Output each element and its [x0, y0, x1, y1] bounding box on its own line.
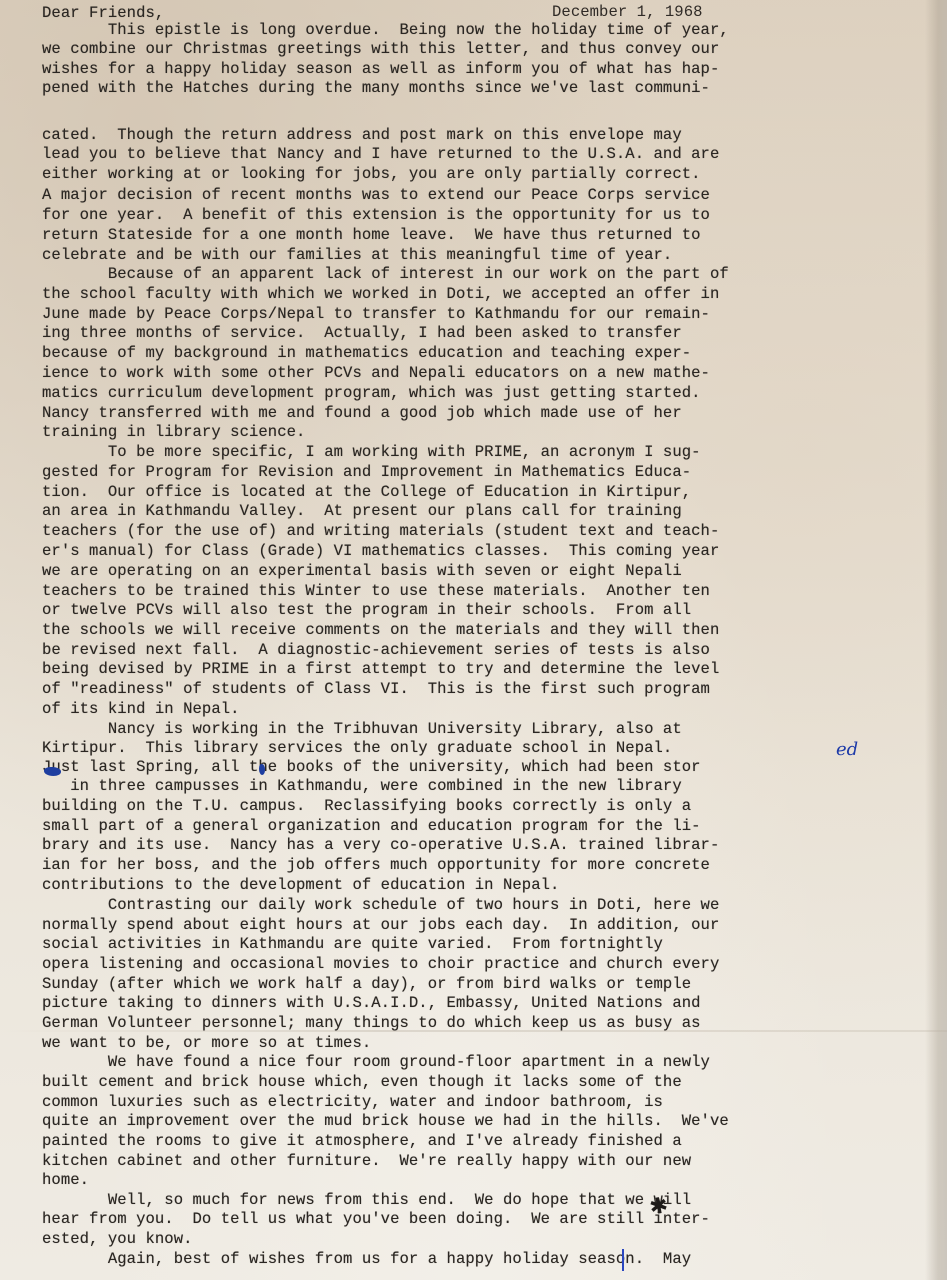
text-line: Kirtipur. This library services the only… [42, 739, 672, 758]
text-line: for one year. A benefit of this extensio… [42, 206, 710, 225]
text-line: common luxuries such as electricity, wat… [42, 1093, 663, 1112]
paper-edge-shadow [925, 0, 947, 1280]
text-line: We have found a nice four room ground-fl… [42, 1053, 710, 1072]
text-line: of its kind in Nepal. [42, 700, 240, 719]
text-line: ested, you know. [42, 1230, 193, 1249]
text-line: building on the T.U. campus. Reclassifyi… [42, 797, 691, 816]
ink-blot-strikeout [259, 764, 265, 775]
text-line: wishes for a happy holiday season as wel… [42, 60, 719, 79]
text-line: To be more specific, I am working with P… [42, 443, 701, 462]
ink-insertion-mark [622, 1249, 624, 1271]
text-line: ian for her boss, and the job offers muc… [42, 856, 710, 875]
text-line: teachers to be trained this Winter to us… [42, 582, 710, 601]
text-line: normally spend about eight hours at our … [42, 916, 719, 935]
letter-date: December 1, 1968 [552, 3, 703, 22]
ink-blot-strikeout [44, 767, 61, 776]
text-line: we combine our Christmas greetings with … [42, 40, 719, 59]
text-line: the schools we will receive comments on … [42, 621, 719, 640]
text-line: picture taking to dinners with U.S.A.I.D… [42, 994, 701, 1013]
text-line: the school faculty with which we worked … [42, 285, 719, 304]
text-line: opera listening and occasional movies to… [42, 955, 719, 974]
text-line: Just last Spring, all the books of the u… [42, 758, 701, 777]
text-line: cated. Though the return address and pos… [42, 126, 682, 145]
text-line: Nancy is working in the Tribhuvan Univer… [42, 720, 682, 739]
text-line: A major decision of recent months was to… [42, 186, 710, 205]
text-line: lead you to believe that Nancy and I hav… [42, 145, 719, 164]
text-line: quite an improvement over the mud brick … [42, 1112, 729, 1131]
text-line: German Volunteer personnel; many things … [42, 1014, 701, 1033]
text-line: training in library science. [42, 423, 305, 442]
text-line: either working at or looking for jobs, y… [42, 165, 701, 184]
text-line: be revised next fall. A diagnostic-achie… [42, 641, 710, 660]
text-line: ing three months of service. Actually, I… [42, 324, 682, 343]
text-line: small part of a general organization and… [42, 817, 701, 836]
text-line: we are operating on an experimental basi… [42, 562, 682, 581]
text-line: being devised by PRIME in a first attemp… [42, 660, 719, 679]
text-line: Contrasting our daily work schedule of t… [42, 896, 719, 915]
text-line: Because of an apparent lack of interest … [42, 265, 729, 284]
text-line: gested for Program for Revision and Impr… [42, 463, 691, 482]
text-line: ience to work with some other PCVs and N… [42, 364, 710, 383]
text-line: teachers (for the use of) and writing ma… [42, 522, 719, 541]
text-line: celebrate and be with our families at th… [42, 246, 672, 265]
text-line: return Stateside for a one month home le… [42, 226, 701, 245]
text-line: tion. Our office is located at the Colle… [42, 483, 691, 502]
text-line: social activities in Kathmandu are quite… [42, 935, 663, 954]
ink-smudge-mark: ✱ [648, 1194, 674, 1223]
text-line: of "readiness" of students of Class VI. … [42, 680, 710, 699]
text-line: This epistle is long overdue. Being now … [42, 21, 729, 40]
text-line: brary and its use. Nancy has a very co-o… [42, 836, 719, 855]
text-line: hear from you. Do tell us what you've be… [42, 1210, 710, 1229]
text-line: Sunday (after which we work half a day),… [42, 975, 691, 994]
text-line: kitchen cabinet and other furniture. We'… [42, 1152, 691, 1171]
text-line: contributions to the development of educ… [42, 876, 559, 895]
letter-page: December 1, 1968 Dear Friends, This epis… [0, 0, 947, 1280]
text-line: we want to be, or more so at times. [42, 1034, 371, 1053]
handwritten-correction: ed [836, 740, 858, 759]
text-line: er's manual) for Class (Grade) VI mathem… [42, 542, 719, 561]
text-line: Well, so much for news from this end. We… [42, 1191, 691, 1210]
text-line: matics curriculum development program, w… [42, 384, 701, 403]
text-line: an area in Kathmandu Valley. At present … [42, 502, 682, 521]
text-line: pened with the Hatches during the many m… [42, 79, 710, 98]
text-line: Again, best of wishes from us for a happ… [42, 1250, 691, 1269]
text-line: in three campusses in Kathmandu, were co… [42, 777, 682, 796]
text-line: built cement and brick house which, even… [42, 1073, 682, 1092]
text-line: because of my background in mathematics … [42, 344, 691, 363]
text-line: painted the rooms to give it atmosphere,… [42, 1132, 682, 1151]
text-line: June made by Peace Corps/Nepal to transf… [42, 305, 710, 324]
text-line: home. [42, 1171, 89, 1190]
text-line: or twelve PCVs will also test the progra… [42, 601, 691, 620]
text-line: Nancy transferred with me and found a go… [42, 404, 682, 423]
